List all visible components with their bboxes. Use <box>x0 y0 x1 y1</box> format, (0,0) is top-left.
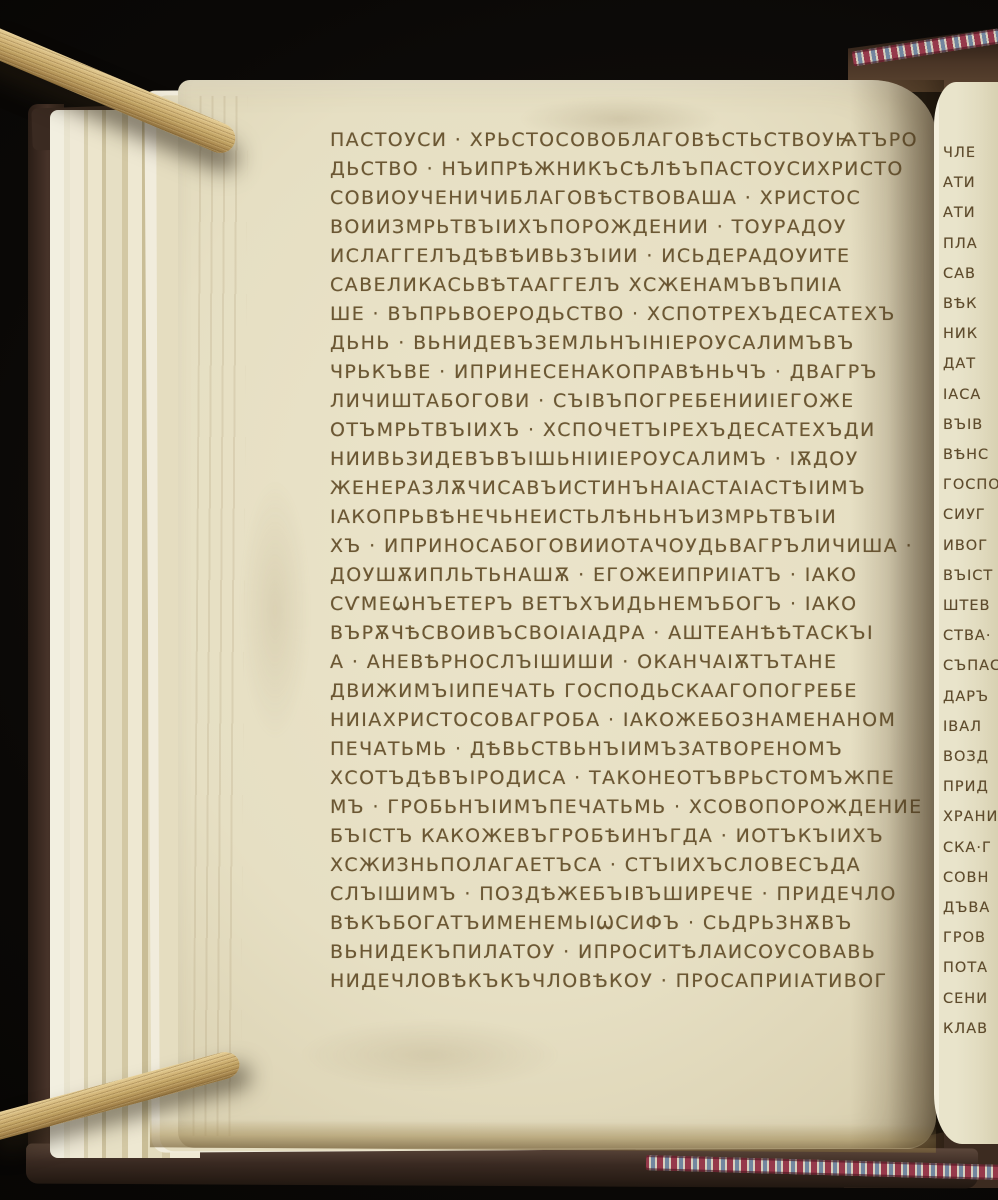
facing-page-line: ДЪВА <box>943 893 998 923</box>
manuscript-line: ХСОТЪДѢВЪІРОДИСА · ТАКОНЕОТЪВРЬСТОМЪЖПЕ <box>330 764 890 793</box>
facing-page-line: ШТЕВ <box>943 591 998 621</box>
manuscript-line: ЛИЧИШТАБОГОВИ · СЪІВЪПОГРЕБЕНИИІЕГОЖЕ <box>330 387 890 416</box>
manuscript-text-block: ПАСТОУСИ · ХРЬСТОСОВОБЛАГОВѢСТЬСТВОУѨТЪР… <box>330 126 890 996</box>
manuscript-line: ХЪ · ИПРИНОСАБОГОВИИОТАЧОУДЬВАГРЪЛИЧИША … <box>330 532 890 561</box>
facing-page-edge: ЧЛЕАТИАТИПЛАСАВВѢКНИКДАТІАСАВЪІВВѢНСГОСП… <box>934 82 998 1144</box>
manuscript-line: ПЕЧАТЬМЬ · ДѢВЬСТВЬНЪІИМЪЗАТВОРЕНОМЪ <box>330 735 890 764</box>
facing-page-line: ІАСА <box>943 380 998 410</box>
facing-page-line: ВѢК <box>943 289 998 319</box>
facing-page-line: ВЪІСТ <box>943 561 998 591</box>
facing-page-line: КЛАВ <box>943 1014 998 1044</box>
manuscript-line: ИСЛАГГЕЛЪДѢВѢИВЬЗЪІИИ · ИСЬДЕРАДОУИТЕ <box>330 242 890 271</box>
facing-page-line: ПОТА <box>943 953 998 983</box>
manuscript-line: ВЬНИДЕКЪПИЛАТОУ · ИПРОСИТѢЛАИСОУСОВАВЬ <box>330 938 890 967</box>
facing-page-line: ВОЗД <box>943 742 998 772</box>
facing-page-line: АТИ <box>943 168 998 198</box>
facing-page-line: СИУГ <box>943 500 998 530</box>
facing-page-line: ДАТ <box>943 349 998 379</box>
facing-page-line: ДАРЪ <box>943 682 998 712</box>
parchment-stain <box>240 480 310 740</box>
manuscript-line: ДЬНЬ · ВЬНИДЕВЪЗЕМЛЬНЪІНІЕРОУСАЛИМЪВЪ <box>330 329 890 358</box>
facing-page-line: ГОСПО <box>943 470 998 500</box>
facing-page-line: АТИ <box>943 198 998 228</box>
facing-page-line: ВЪІВ <box>943 410 998 440</box>
manuscript-photo: ПАСТОУСИ · ХРЬСТОСОВОБЛАГОВѢСТЬСТВОУѨТЪР… <box>0 0 998 1200</box>
manuscript-line: ІАКОПРЬВѢНЕЧЬНЕИСТЬЛѢНЬНЪИЗМРЬТВЪІИ <box>330 503 890 532</box>
facing-page-line: ГРОВ <box>943 923 998 953</box>
manuscript-line: А · АНЕВѢРНОСЛЪІШИШИ · ОКАНЧАІѪТЪТАНЕ <box>330 648 890 677</box>
facing-page-line: СЕНИ <box>943 984 998 1014</box>
manuscript-line: ЖЕНЕРАЗЛѪЧИСАВЪИСТИНЪНАІАСТАІАСТѢІИМЪ <box>330 474 890 503</box>
facing-page-line: ІВАЛ <box>943 712 998 742</box>
manuscript-line: ХСЖИЗНЬПОЛАГАЕТЪСА · СТЪІИХЪСЛОВЕСЪДА <box>330 851 890 880</box>
manuscript-line: ШЕ · ВЪПРЬВОЕРОДЬСТВО · ХСПОТРЕХЪДЕСАТЕХ… <box>330 300 890 329</box>
facing-page-line: САВ <box>943 259 998 289</box>
facing-page-line: ЧЛЕ <box>943 138 998 168</box>
manuscript-line: ПАСТОУСИ · ХРЬСТОСОВОБЛАГОВѢСТЬСТВОУѨТЪР… <box>330 126 890 155</box>
facing-page-line: ИВОГ <box>943 531 998 561</box>
manuscript-line: СОВИОУЧЕНИЧИБЛАГОВѢСТВОВАША · ХРИСТОС <box>330 184 890 213</box>
manuscript-line: ОТЪМРЬТВЪІИХЪ · ХСПОЧЕТЪІРЕХЪДЕСАТЕХЪДИ <box>330 416 890 445</box>
manuscript-line: ВЪРѪЧѢСВОИВЪСВОІАІАДРА · АШТЕАНѢѢТАСКЪІ <box>330 619 890 648</box>
facing-page-line: СЪПАС <box>943 651 998 681</box>
manuscript-line: НИДЕЧЛОВѢКЪКЪЧЛОВѢКОУ · ПРОСАПРИІАТИВОГ <box>330 967 890 996</box>
manuscript-line: НИІАХРИСТОСОВАГРОБА · ІАКОЖЕБОЗНАМЕНАНОМ <box>330 706 890 735</box>
facing-page-text-fragments: ЧЛЕАТИАТИПЛАСАВВѢКНИКДАТІАСАВЪІВВѢНСГОСП… <box>943 138 998 1044</box>
manuscript-line: МЪ · ГРОБЬНЪІИМЪПЕЧАТЬМЬ · ХСОВОПОРОЖДЕН… <box>330 793 890 822</box>
manuscript-line: БЪІСТЪ КАКОЖЕВЪГРОБѢИНЪГДА · ИОТЪКЪІИХЪ <box>330 822 890 851</box>
facing-page-line: СКА·Г <box>943 833 998 863</box>
facing-page-line: СОВН <box>943 863 998 893</box>
manuscript-line: ДВИЖИМЪІИПЕЧАТЬ ГОСПОДЬСКААГОПОГРЕБЕ <box>330 677 890 706</box>
facing-page-line: ВѢНС <box>943 440 998 470</box>
gutter-shadow <box>850 80 944 1148</box>
parchment-stain <box>300 1020 560 1090</box>
manuscript-line: ЧРЬКЪВЕ · ИПРИНЕСЕНАКОПРАВѢНЬЧЪ · ДВАГРЪ <box>330 358 890 387</box>
manuscript-line: ДЬСТВО · НЪИПРѢЖНИКЪСѢЛѢЪПАСТОУСИХРИСТО <box>330 155 890 184</box>
manuscript-line: НИИВЬЗИДЕВЪВЪІШЬНІИІЕРОУСАЛИМЪ · ІѪДОУ <box>330 445 890 474</box>
manuscript-line: СЛЪІШИМЪ · ПОЗДѢЖЕБЪІВЪШИРЕЧЕ · ПРИДЕЧЛО <box>330 880 890 909</box>
bottom-page-edges <box>150 1119 936 1152</box>
facing-page-line: ПРИД <box>943 772 998 802</box>
manuscript-line: СѴМЕѠНЪЕТЕРЪ ВЕТЪХЪИДЬНЕМЪБОГЪ · ІАКО <box>330 590 890 619</box>
manuscript-line: ВОИИЗМРЬТВЪІИХЪПОРОЖДЕНИИ · ТОУРАДОУ <box>330 213 890 242</box>
manuscript-line: ВѢКЪБОГАТЪИМЕНЕМЬІѠСИФЪ · СЬДРЬЗНѪВЪ <box>330 909 890 938</box>
manuscript-line: ДОУШѪИПЛЬТЬНАШѪ · ЕГОЖЕИПРИІАТЪ · ІАКО <box>330 561 890 590</box>
facing-page-line: НИК <box>943 319 998 349</box>
manuscript-line: САВЕЛИКАСЬВѢТААГГЕЛЪ ХСЖЕНАМЪВЪПИІА <box>330 271 890 300</box>
facing-page-line: СТВА· <box>943 621 998 651</box>
facing-page-line: ХРАНИ <box>943 802 998 832</box>
facing-page-line: ПЛА <box>943 229 998 259</box>
